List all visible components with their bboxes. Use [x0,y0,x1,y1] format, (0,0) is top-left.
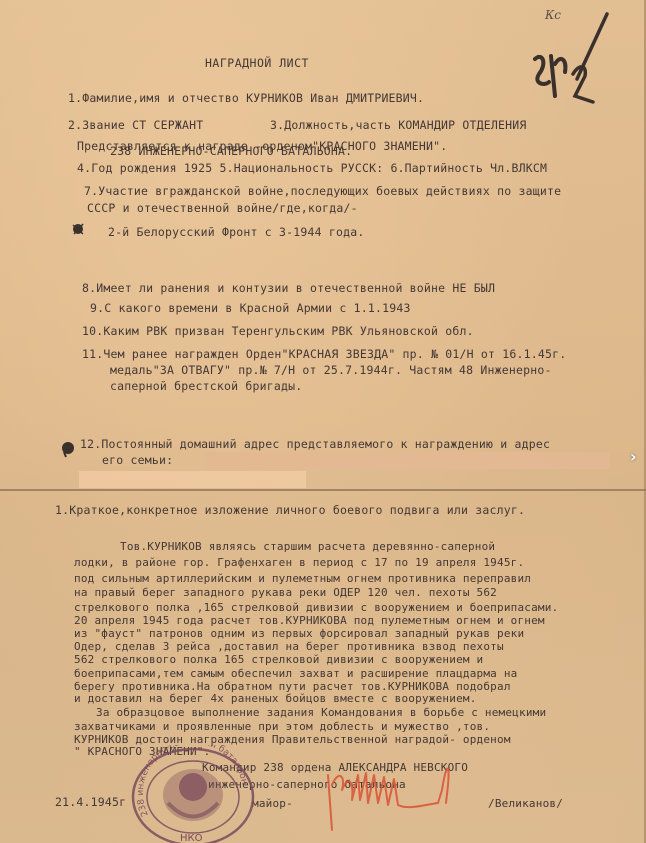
field-conscription-office: 10.Каким РВК призван Теренгульским РВК У… [82,325,474,338]
stamp-bottom-text: НКО [180,833,203,843]
section-divider [0,489,646,491]
red-signature [318,755,488,835]
field-previous-awards-cont2: саперной брестской бригады. [110,380,302,393]
feat-line: 20 апреля 1945 года расчет тов.КУРНИКОВА… [74,614,545,627]
ink-blot [71,222,87,236]
field-front: 2-й Белорусский Фронт с 3-1944 года. [108,226,364,239]
feat-line: и доставил на берег 4х раненых бойцов вм… [74,692,477,705]
feat-line: на правый берег западного рукава реки ОД… [74,586,497,599]
field-full-name: 1.Фамилие,имя и отчество КУРНИКОВ Иван Д… [68,92,424,105]
feat-line: из "фауст" патронов одним из первых форс… [74,627,524,640]
feat-line: стрелкового полка ,165 стрелковой дивизи… [74,601,558,614]
field-previous-awards: 11.Чем ранее награжден Орден"КРАСНАЯ ЗВЕ… [82,348,566,361]
feat-line: боеприпасами,тем самым обеспечил захват … [74,667,517,680]
feat-line: захватчиками и проявленные при этом добл… [74,720,490,733]
feat-line: Одер, сделав 3 рейса ,доставил на берег … [74,640,504,653]
field-war-participation-cont: СССР и отечественной войне/где,когда/- [87,202,358,215]
feat-line: Тов.КУРНИКОВ являясь старшим расчета дер… [120,540,495,553]
official-stamp: 238 инженерно-саперный батальон НКО [128,745,258,843]
commander-name: /Великанов/ [488,797,563,810]
feat-line: лодки, в районе гор. Графенхаген в перио… [74,556,524,569]
feat-line: под сильным артиллерийским и пулеметным … [74,572,531,585]
document-title: НАГРАДНОЙ ЛИСТ [205,57,309,70]
handwritten-corner-mark [515,4,625,109]
field-rank: 2.Звание СТ СЕРЖАНТ [68,119,203,132]
field-home-address-cont: его семьи: [102,454,173,467]
field-birth-nationality-party: 4.Год рождения 1925 5.Национальность РУС… [77,162,547,175]
redacted-address-line2 [79,471,306,488]
feat-heading: 1.Краткое,конкретное изложение личного б… [55,504,525,517]
ink-blot [60,440,76,458]
field-war-participation: 7.Участие вгражданской войне,последующих… [84,185,561,198]
feat-line: За образцовое выполнение задания Командо… [96,706,546,719]
field-wounds: 8.Имеет ли ранения и контузии в отечеств… [82,282,495,295]
redacted-address-line1 [205,452,610,469]
field-position: 3.Должность,часть КОМАНДИР ОТДЕЛЕНИЯ [270,119,526,132]
field-army-since: 9.С какого времени в Красной Армии с 1.1… [90,302,411,315]
field-previous-awards-cont: медаль"ЗА ОТВАГУ" пр.№ 7/Н от 25.7.1944г… [110,364,552,377]
document-date: 21.4.1945г [55,796,126,809]
next-page-arrow[interactable]: › [630,449,644,465]
award-nomination: Представляется к награде -орденом"КРАСНО… [77,140,447,153]
field-home-address: 12.Постоянный домашний адрес представляе… [80,438,550,451]
feat-line: 562 стрелкового полка 165 стрелковой див… [74,653,483,666]
commander-rank: майор- [252,797,293,810]
